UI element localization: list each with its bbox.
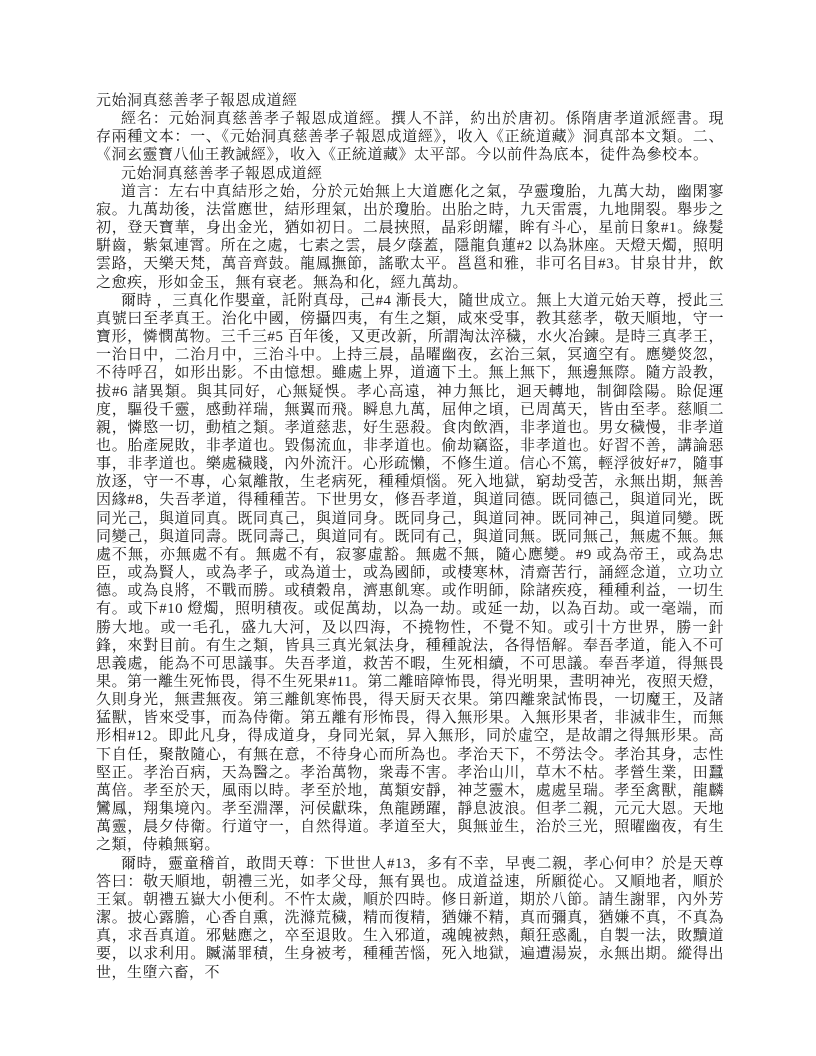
document-page: 元始洞真慈善孝子報恩成道經 經名：元始洞真慈善孝子報恩成道經。撰人不詳，約出於唐…	[96, 92, 724, 982]
document-title: 元始洞真慈善孝子報恩成道經	[96, 92, 724, 110]
paragraph-ershi-sanzhen: 爾時 ，三真化作嬰童，託附真母，己#4 漸長大，隨世成立。無上大道元始天尊，授此…	[96, 292, 724, 855]
paragraph-daoyan: 道言：左右中真結形之始，分於元始無上大道應化之氣，孕靈瓊胎，九萬大劫，幽閑寥寂。…	[96, 183, 724, 292]
editorial-note-paragraph: 經名：元始洞真慈善孝子報恩成道經。撰人不詳，約出於唐初。係隋唐孝道派經書。現存兩…	[96, 110, 724, 164]
scripture-title-line: 元始洞真慈善孝子報恩成道經	[96, 165, 724, 183]
paragraph-ershi-lingtong: 爾時，靈童稽首，敢問天尊：下世世人#13，多有不幸，早喪二親，孝心何申？於是天尊…	[96, 855, 724, 982]
